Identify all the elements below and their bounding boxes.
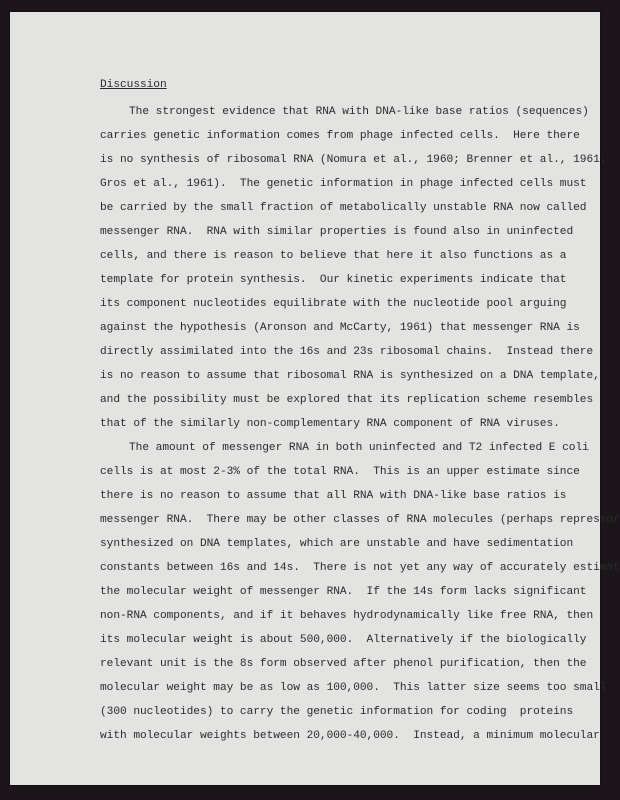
text-line: cells is at most 2-3% of the total RNA. … <box>100 460 560 484</box>
text-line: its component nucleotides equilibrate wi… <box>100 292 560 316</box>
text-line: Gros et al., 1961). The genetic informat… <box>100 172 560 196</box>
text-line: (300 nucleotides) to carry the genetic i… <box>100 700 560 724</box>
text-line: The strongest evidence that RNA with DNA… <box>100 100 560 124</box>
text-line: messenger RNA. There may be other classe… <box>100 508 560 532</box>
text-line: its molecular weight is about 500,000. A… <box>100 628 560 652</box>
text-line: messenger RNA. RNA with similar properti… <box>100 220 560 244</box>
section-heading: Discussion <box>100 74 560 100</box>
text-line: directly assimilated into the 16s and 23… <box>100 340 560 364</box>
paragraph-1: The strongest evidence that RNA with DNA… <box>100 100 560 436</box>
text-line: non-RNA components, and if it behaves hy… <box>100 604 560 628</box>
text-line: and the possibility must be explored tha… <box>100 388 560 412</box>
paragraph-2: The amount of messenger RNA in both unin… <box>100 436 560 748</box>
text-line: with molecular weights between 20,000-40… <box>100 724 560 748</box>
text-line: that of the similarly non-complementary … <box>100 412 560 436</box>
text-line: be carried by the small fraction of meta… <box>100 196 560 220</box>
text-line: template for protein synthesis. Our kine… <box>100 268 560 292</box>
text-line: constants between 16s and 14s. There is … <box>100 556 560 580</box>
text-line: cells, and there is reason to believe th… <box>100 244 560 268</box>
text-line: is no synthesis of ribosomal RNA (Nomura… <box>100 148 560 172</box>
text-line: molecular weight may be as low as 100,00… <box>100 676 560 700</box>
text-line: The amount of messenger RNA in both unin… <box>100 436 560 460</box>
text-line: relevant unit is the 8s form observed af… <box>100 652 560 676</box>
text-line: carries genetic information comes from p… <box>100 124 560 148</box>
text-line: there is no reason to assume that all RN… <box>100 484 560 508</box>
document-body: Discussion The strongest evidence that R… <box>100 74 560 748</box>
text-line: synthesized on DNA templates, which are … <box>100 532 560 556</box>
text-line: is no reason to assume that ribosomal RN… <box>100 364 560 388</box>
text-line: against the hypothesis (Aronson and McCa… <box>100 316 560 340</box>
text-line: the molecular weight of messenger RNA. I… <box>100 580 560 604</box>
